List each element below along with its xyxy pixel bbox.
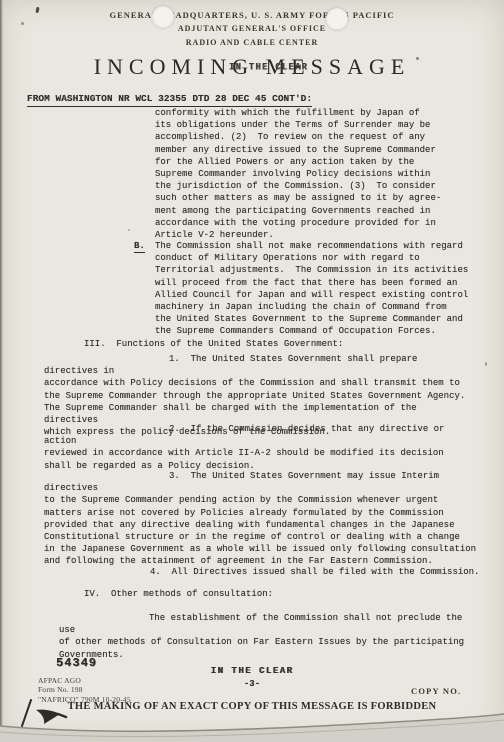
letterhead-line-2: ADJUTANT GENERAL'S OFFICE — [0, 24, 504, 33]
ink-speck — [21, 22, 24, 25]
section-iv-heading: IV. Other methods of consultation: — [84, 588, 273, 600]
letterhead-line-3: RADIO AND CABLE CENTER — [0, 38, 504, 47]
punch-hole-right — [326, 8, 348, 30]
paragraph-4: 4. All Directives issued shall be filed … — [150, 566, 479, 578]
in-the-clear-stamp-top: IN THE CLEAR — [229, 60, 308, 74]
from-line: FROM WASHINGTON NR WCL 32355 DTD 28 DEC … — [27, 93, 312, 107]
copy-no-label: COPY NO. — [411, 686, 461, 696]
in-the-clear-stamp-bottom: IN THE CLEAR — [0, 665, 504, 677]
item-b-text: The Commission shall not make recommenda… — [155, 240, 485, 338]
paragraph-3: 3. The United States Government may issu… — [44, 470, 480, 568]
paragraph-2: 2. If the Commission decides that any di… — [44, 423, 476, 472]
ink-speck — [128, 229, 130, 231]
item-b-marker: B. — [134, 240, 145, 253]
punch-hole-left — [152, 6, 174, 28]
letterhead-line-1: GENERAL HEADQUARTERS, U. S. ARMY FORCES … — [0, 10, 504, 20]
section-iii-heading: III. Functions of the United States Gove… — [84, 338, 343, 350]
scanned-document-page: GENERAL HEADQUARTERS, U. S. ARMY FORCES … — [0, 0, 504, 742]
section-a-continuation: conformity with which the fulfillment by… — [155, 107, 477, 241]
closing-paragraph: The establishment of the Commission shal… — [59, 612, 471, 661]
ink-speck — [485, 362, 487, 366]
scan-left-edge — [0, 0, 3, 742]
paper-bottom-edge — [0, 708, 504, 742]
ink-speck — [416, 57, 419, 60]
